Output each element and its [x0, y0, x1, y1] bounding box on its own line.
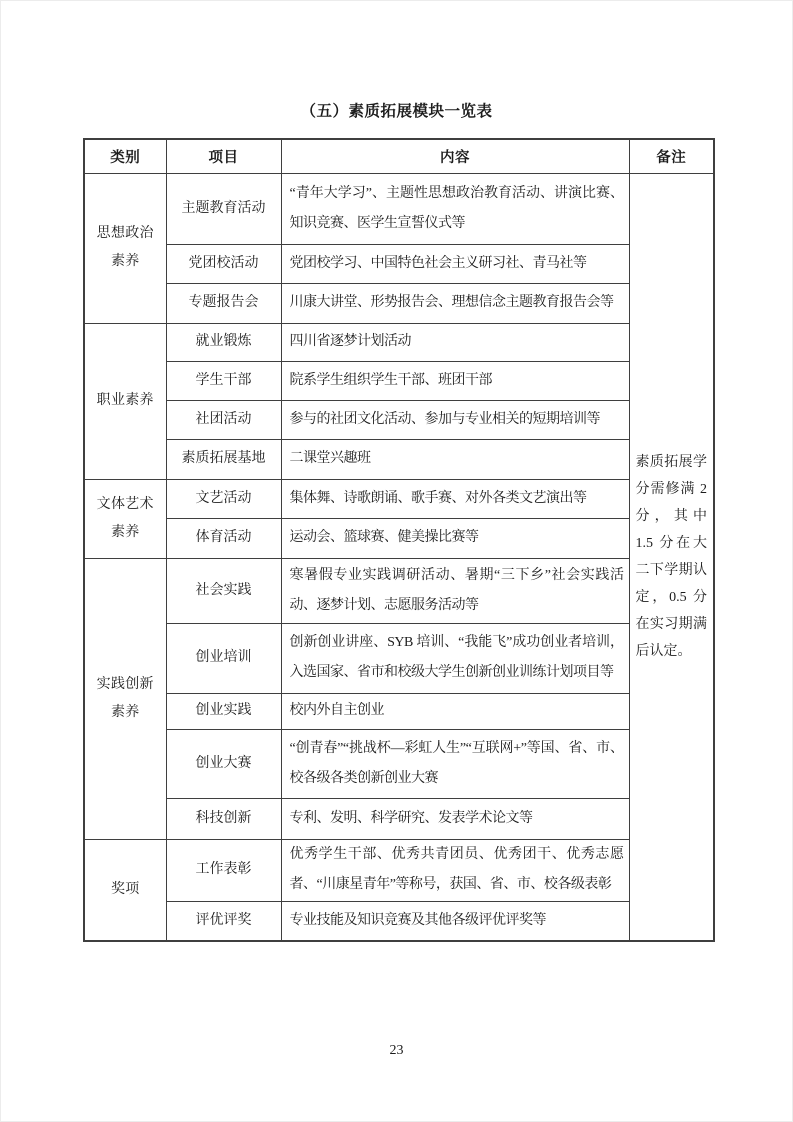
project-cell: 文艺活动: [166, 479, 281, 518]
page-title: （五）素质拓展模块一览表: [0, 101, 793, 123]
remark-cell: 素质拓展学分需修满 2 分，其中 1.5 分在大二下学期认定，0.5 分在实习期…: [629, 173, 714, 941]
project-cell: 专题报告会: [166, 283, 281, 323]
col-header-category: 类别: [84, 139, 166, 173]
table-row: 专题报告会 川康大讲堂、形势报告会、理想信念主题教育报告会等: [84, 283, 714, 323]
table-row: 党团校活动 党团校学习、中国特色社会主义研习社、青马社等: [84, 244, 714, 283]
table-header-row: 类别 项目 内容 备注: [84, 139, 714, 173]
project-cell: 评优评奖: [166, 901, 281, 941]
content-cell: 校内外自主创业: [281, 693, 629, 729]
category-cell: 职业素养: [84, 323, 166, 479]
project-cell: 素质拓展基地: [166, 439, 281, 479]
content-cell: 运动会、篮球赛、健美操比赛等: [281, 518, 629, 558]
category-cell: 思想政治素养: [84, 173, 166, 323]
content-cell: 集体舞、诗歌朗诵、歌手赛、对外各类文艺演出等: [281, 479, 629, 518]
project-cell: 体育活动: [166, 518, 281, 558]
content-cell: 院系学生组织学生干部、班团干部: [281, 361, 629, 400]
document-page: （五）素质拓展模块一览表 类别 项目 内容 备注 思想政治素养 主题教育活动 “…: [0, 0, 793, 1122]
category-cell: 奖项: [84, 839, 166, 941]
project-cell: 创业培训: [166, 623, 281, 693]
content-cell: 优秀学生干部、优秀共青团员、优秀团干、优秀志愿者、“川康星青年”等称号，获国、省…: [281, 839, 629, 901]
table-row: 评优评奖 专业技能及知识竞赛及其他各级评优评奖等: [84, 901, 714, 941]
col-header-content: 内容: [281, 139, 629, 173]
content-cell: 专业技能及知识竞赛及其他各级评优评奖等: [281, 901, 629, 941]
table-row: 思想政治素养 主题教育活动 “青年大学习”、主题性思想政治教育活动、讲演比赛、知…: [84, 173, 714, 244]
table-row: 学生干部 院系学生组织学生干部、班团干部: [84, 361, 714, 400]
table-row: 奖项 工作表彰 优秀学生干部、优秀共青团员、优秀团干、优秀志愿者、“川康星青年”…: [84, 839, 714, 901]
content-cell: 参与的社团文化活动、参加与专业相关的短期培训等: [281, 400, 629, 439]
content-cell: 四川省逐梦计划活动: [281, 323, 629, 361]
category-cell: 实践创新素养: [84, 558, 166, 839]
table-row: 文体艺术素养 文艺活动 集体舞、诗歌朗诵、歌手赛、对外各类文艺演出等: [84, 479, 714, 518]
content-cell: “创青春”“挑战杯—彩虹人生”“互联网+”等国、省、市、校各级各类创新创业大赛: [281, 729, 629, 798]
table-row: 实践创新素养 社会实践 寒暑假专业实践调研活动、暑期“三下乡”社会实践活动、逐梦…: [84, 558, 714, 623]
col-header-project: 项目: [166, 139, 281, 173]
table-row: 创业培训 创新创业讲座、SYB 培训、“我能飞”成功创业者培训，入选国家、省市和…: [84, 623, 714, 693]
project-cell: 社团活动: [166, 400, 281, 439]
col-header-remark: 备注: [629, 139, 714, 173]
table-row: 社团活动 参与的社团文化活动、参加与专业相关的短期培训等: [84, 400, 714, 439]
project-cell: 创业实践: [166, 693, 281, 729]
page-number: 23: [0, 1043, 793, 1059]
table-row: 创业大赛 “创青春”“挑战杯—彩虹人生”“互联网+”等国、省、市、校各级各类创新…: [84, 729, 714, 798]
content-cell: 党团校学习、中国特色社会主义研习社、青马社等: [281, 244, 629, 283]
project-cell: 主题教育活动: [166, 173, 281, 244]
table-row: 素质拓展基地 二课堂兴趣班: [84, 439, 714, 479]
project-cell: 创业大赛: [166, 729, 281, 798]
project-cell: 工作表彰: [166, 839, 281, 901]
content-cell: 二课堂兴趣班: [281, 439, 629, 479]
quality-module-table: 类别 项目 内容 备注 思想政治素养 主题教育活动 “青年大学习”、主题性思想政…: [83, 138, 715, 942]
project-cell: 党团校活动: [166, 244, 281, 283]
project-cell: 社会实践: [166, 558, 281, 623]
table-row: 科技创新 专利、发明、科学研究、发表学术论文等: [84, 798, 714, 839]
content-cell: “青年大学习”、主题性思想政治教育活动、讲演比赛、知识竞赛、医学生宣誓仪式等: [281, 173, 629, 244]
project-cell: 学生干部: [166, 361, 281, 400]
content-cell: 创新创业讲座、SYB 培训、“我能飞”成功创业者培训，入选国家、省市和校级大学生…: [281, 623, 629, 693]
category-cell: 文体艺术素养: [84, 479, 166, 558]
table-row: 职业素养 就业锻炼 四川省逐梦计划活动: [84, 323, 714, 361]
table-row: 体育活动 运动会、篮球赛、健美操比赛等: [84, 518, 714, 558]
table-row: 创业实践 校内外自主创业: [84, 693, 714, 729]
content-cell: 专利、发明、科学研究、发表学术论文等: [281, 798, 629, 839]
content-cell: 川康大讲堂、形势报告会、理想信念主题教育报告会等: [281, 283, 629, 323]
project-cell: 就业锻炼: [166, 323, 281, 361]
project-cell: 科技创新: [166, 798, 281, 839]
content-cell: 寒暑假专业实践调研活动、暑期“三下乡”社会实践活动、逐梦计划、志愿服务活动等: [281, 558, 629, 623]
